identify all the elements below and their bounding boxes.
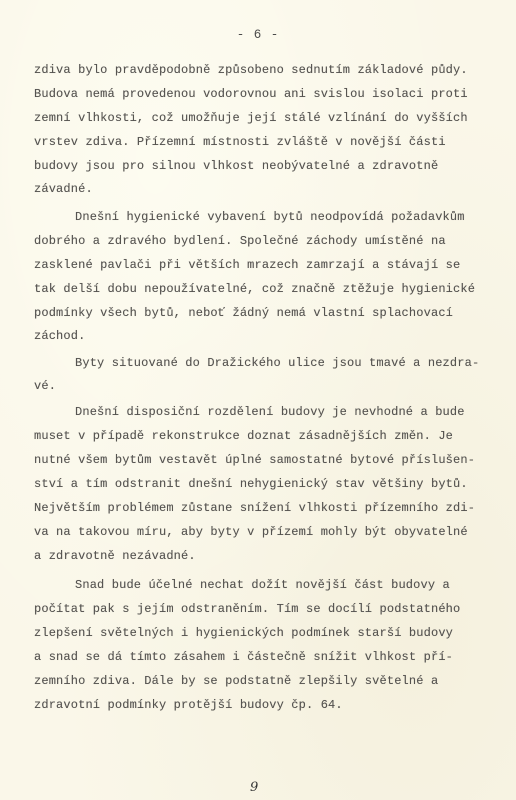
text-line: vé. (34, 379, 56, 393)
text-line: Snad bude účelné nechat dožít novější čá… (75, 578, 450, 592)
text-line: Budova nemá provedenou vodorovnou ani sv… (34, 87, 468, 101)
text-line: nutné všem bytům vestavět úplné samostat… (34, 453, 475, 467)
text-line: zemního zdiva. Dále by se podstatně zlep… (34, 674, 438, 688)
text-line: tak delší dobu nepoužívatelné, což značn… (34, 282, 475, 296)
text-line: muset v případě rekonstrukce doznat zása… (34, 429, 453, 443)
text-line: Největším problémem zůstane snížení vlhk… (34, 501, 475, 515)
text-line: zdravotní podmínky protější budovy čp. 6… (34, 698, 343, 712)
text-line: a snad se dá tímto zásahem i částečně sn… (34, 650, 453, 664)
text-line: vrstev zdiva. Přízemní místnosti zvláště… (34, 135, 446, 149)
text-line: zasklené pavlači při větších mrazech zam… (34, 258, 460, 272)
text-line: a zdravotně nezávadné. (34, 549, 196, 563)
text-line: zdiva bylo pravděpodobně způsobeno sednu… (34, 63, 468, 77)
text-line: počítat pak s jejím odstraněním. Tím se … (34, 602, 460, 616)
text-line: zlepšení světelných i hygienických podmí… (34, 626, 453, 640)
page-number-header: - 6 - (0, 28, 516, 42)
text-line: Byty situované do Dražického ulice jsou … (75, 356, 479, 370)
text-line: zemní vlhkosti, což umožňuje její stálé … (34, 111, 468, 125)
text-line: podmínky všech bytů, neboť žádný nemá vl… (34, 306, 453, 320)
text-line: va na takovou míru, aby byty v přízemí m… (34, 525, 468, 539)
text-line: záchod. (34, 329, 85, 343)
text-line: ství a tím odstranit dnešní nehygienický… (34, 477, 468, 491)
document-page: - 6 - zdiva bylo pravděpodobně způsobeno… (0, 0, 516, 800)
text-line: budovy jsou pro silnou vlhkost neobývate… (34, 159, 438, 173)
handwritten-page-mark: 9 (250, 780, 258, 795)
text-line: dobrého a zdravého bydlení. Společné zác… (34, 234, 446, 248)
text-line: závadné. (34, 182, 93, 196)
text-line: Dnešní disposiční rozdělení budovy je ne… (75, 405, 465, 419)
text-line: Dnešní hygienické vybavení bytů neodpoví… (75, 210, 465, 224)
